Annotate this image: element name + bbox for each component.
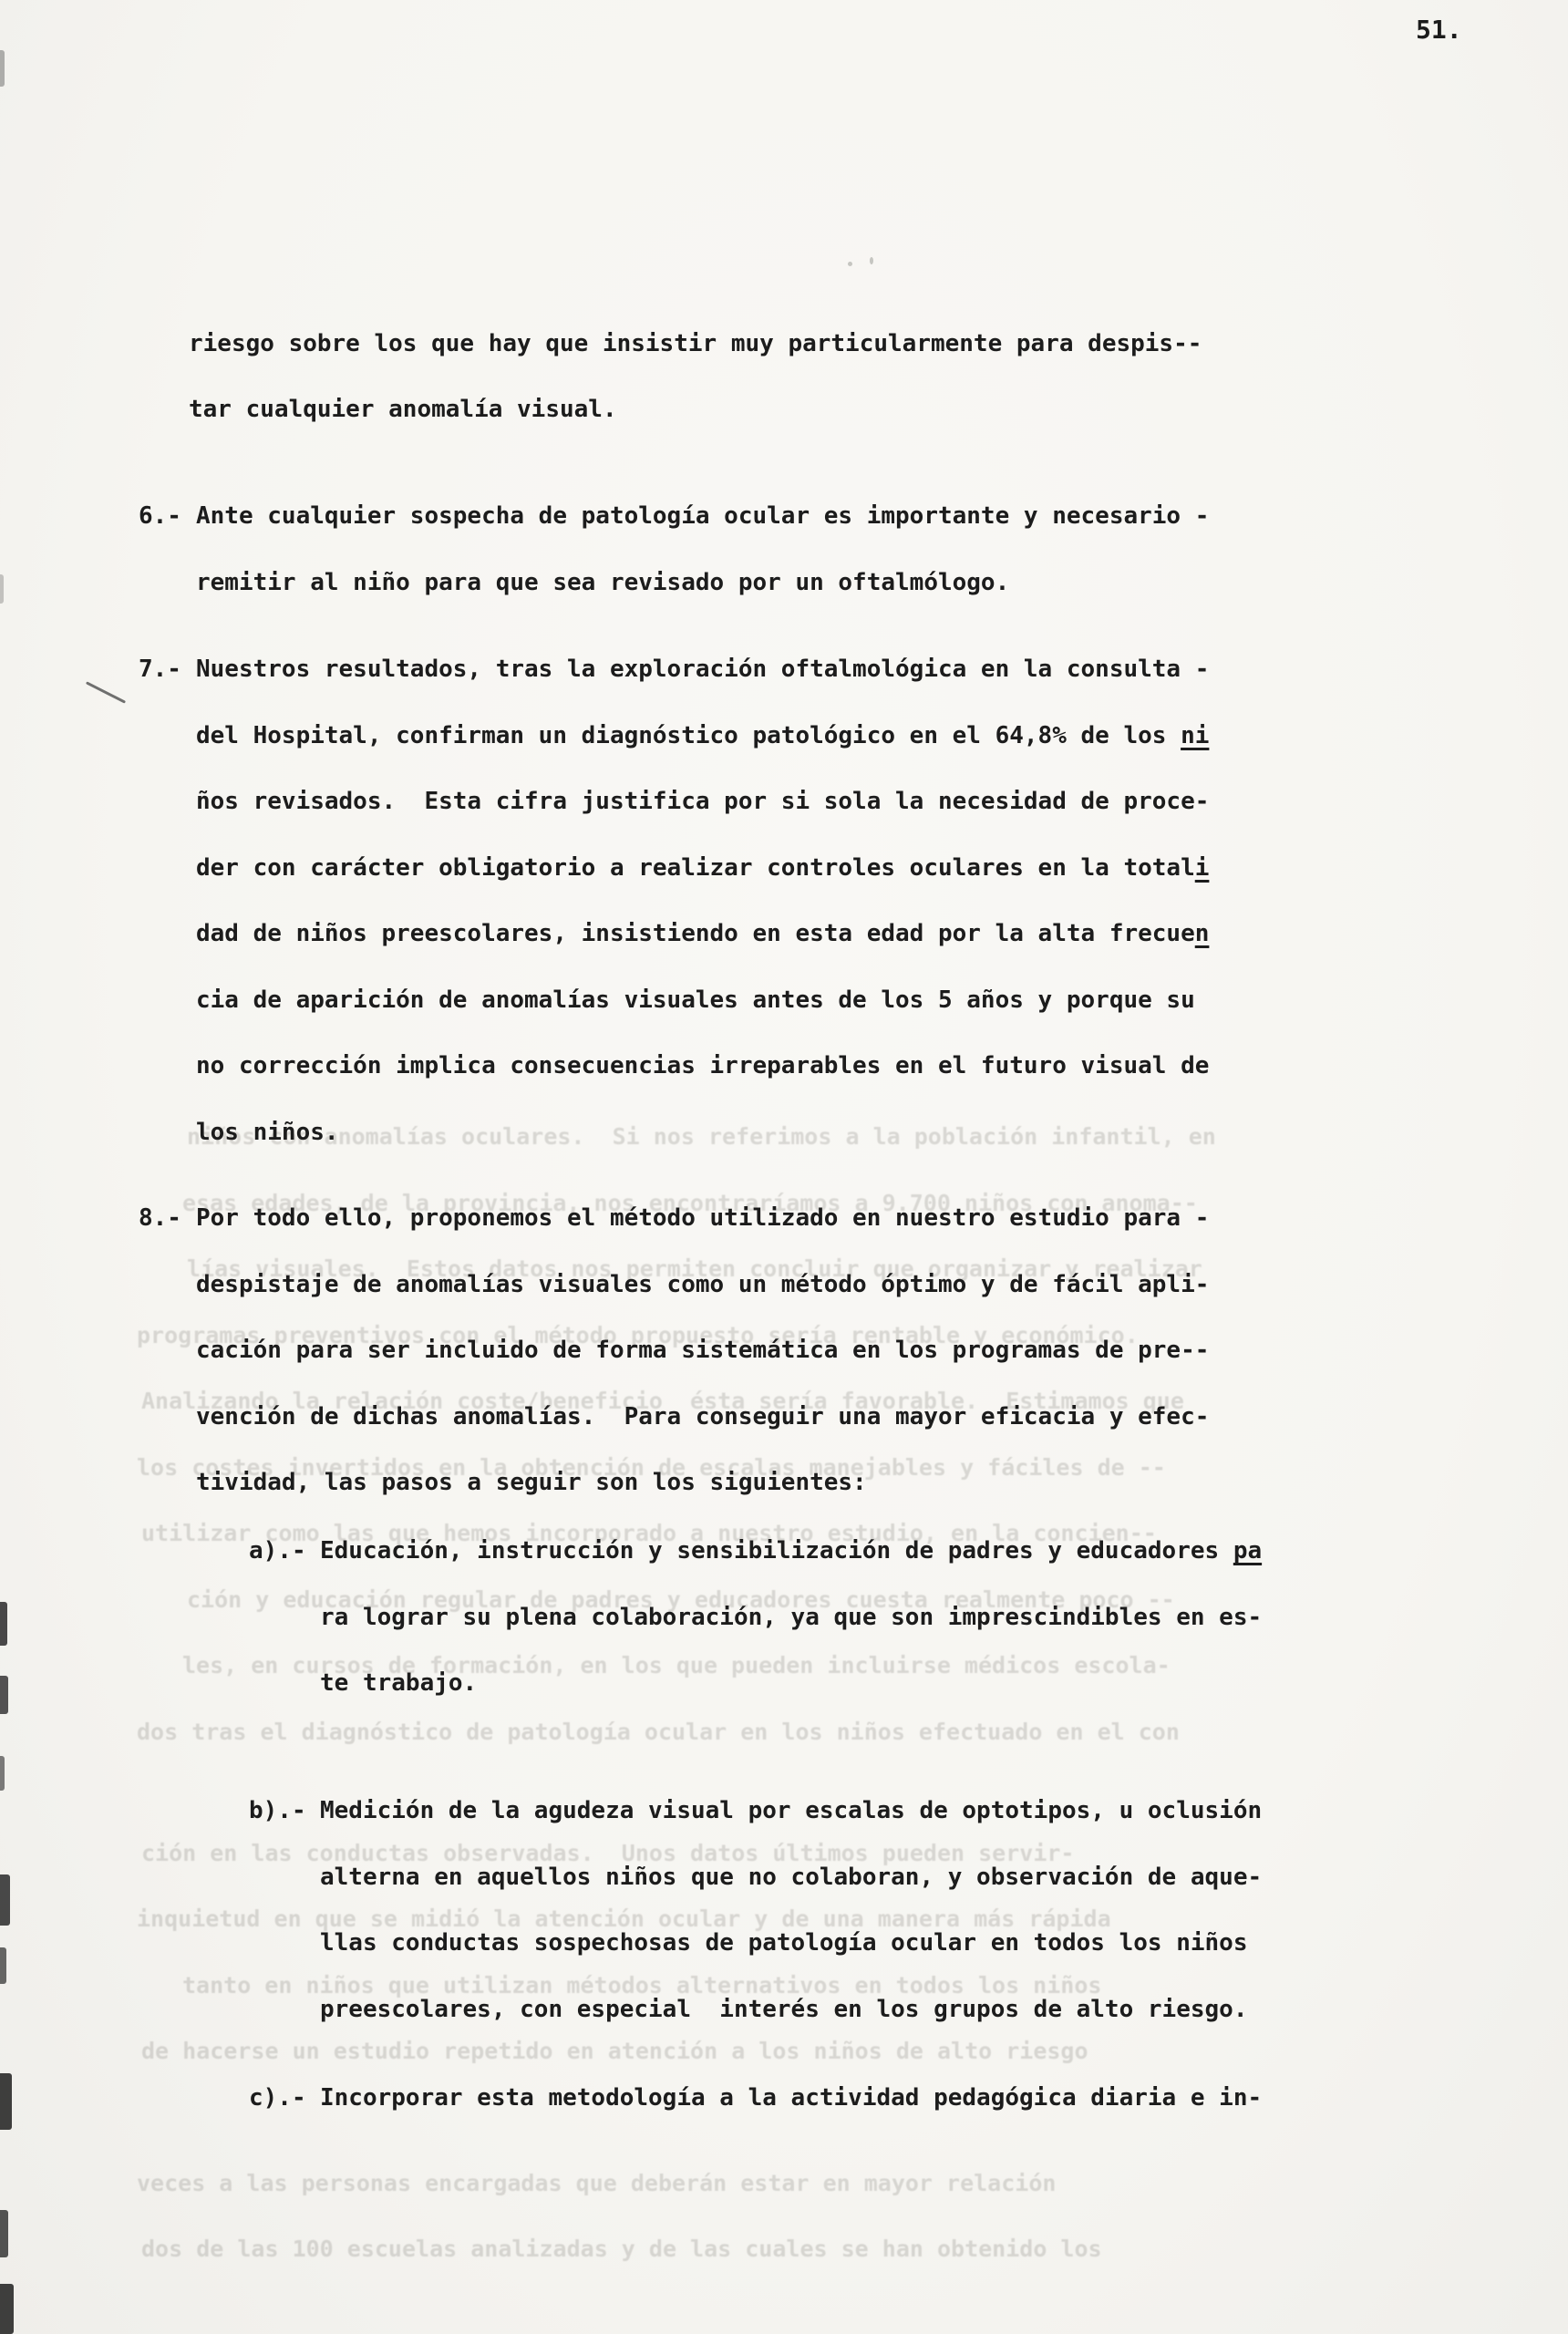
text-line: Educación, instrucción y sensibilización… [320,1537,1262,1565]
edge-artifact [0,2210,8,2257]
text-line: riesgo sobre los que hay que insistir mu… [189,330,1202,357]
ghost-text-line: inquietud en que se midió la atención oc… [137,1905,1111,1932]
edge-artifact [0,50,5,87]
stray-mark [870,257,873,264]
text-line: ños revisados. Esta cifra justifica por … [196,788,1209,815]
item-marker: 7.- [139,656,181,683]
ghost-text-line: dos de las 100 escuelas analizadas y de … [141,2236,1102,2262]
text-line: tividad, las pasos a seguir son los sigu… [196,1469,867,1496]
text-line: tar cualquier anomalía visual. [189,396,617,423]
text-line: del Hospital, confirman un diagnóstico p… [196,722,1209,749]
edge-artifact [0,1602,7,1646]
text-line: los niños. [196,1119,339,1146]
stray-mark [848,262,852,266]
text-line: alterna en aquellos niños que no colabor… [320,1864,1262,1891]
ghost-text-line: dos tras el diagnóstico de patología ocu… [137,1719,1180,1745]
text-line: remitir al niño para que sea revisado po… [196,569,1009,596]
text-line: Incorporar esta metodología a la activid… [320,2084,1262,2112]
text-line: Por todo ello, proponemos el método util… [196,1204,1209,1232]
text-line: cia de aparición de anomalías visuales a… [196,986,1195,1014]
edge-artifact [0,2073,12,2130]
edge-artifact [0,1874,10,1926]
item-marker: 6.- [139,502,181,530]
text-line: Ante cualquier sospecha de patología ocu… [196,502,1209,530]
text-line: der con carácter obligatorio a realizar … [196,854,1209,882]
text-line: preescolares, con especial interés en lo… [320,1996,1247,2023]
edge-artifact [0,2284,14,2334]
edge-artifact [0,1947,6,1984]
text-line: no corrección implica consecuencias irre… [196,1052,1209,1079]
item-marker: b).- [249,1797,306,1824]
ghost-text-line: de hacerse un estudio repetido en atenci… [141,2038,1088,2064]
item-marker: a).- [249,1537,306,1565]
edge-artifact [0,574,4,604]
text-line: ra lograr su plena colaboración, ya que … [320,1604,1262,1631]
edge-artifact [0,1756,5,1791]
text-line: despistaje de anomalías visuales como un… [196,1271,1209,1298]
edge-artifact [0,1676,8,1714]
text-line: Nuestros resultados, tras la exploración… [196,656,1209,683]
text-line: dad de niños preescolares, insistiendo e… [196,920,1209,947]
page-number: 51. [1416,15,1462,45]
ghost-text-line: ción en las conductas observadas. Unos d… [141,1840,1075,1866]
ghost-text-line: veces a las personas encargadas que debe… [137,2170,1056,2196]
scanned-document-page: 51. niños con anomalías oculares. Si nos… [0,0,1568,2334]
text-line: te trabajo. [320,1669,477,1697]
text-line: vención de dichas anomalías. Para conseg… [196,1403,1209,1430]
text-line: Medición de la agudeza visual por escala… [320,1797,1262,1824]
item-marker: c).- [249,2084,306,2112]
ghost-text-line: tanto en niños que utilizan métodos alte… [182,1972,1101,1998]
text-line: llas conductas sospechosas de patología … [320,1929,1247,1957]
ghost-text-line: niños con anomalías oculares. Si nos ref… [187,1123,1216,1150]
handwritten-tick-mark [86,681,126,703]
item-marker: 8.- [139,1204,181,1232]
text-line: cación para ser incluido de forma sistem… [196,1337,1209,1364]
